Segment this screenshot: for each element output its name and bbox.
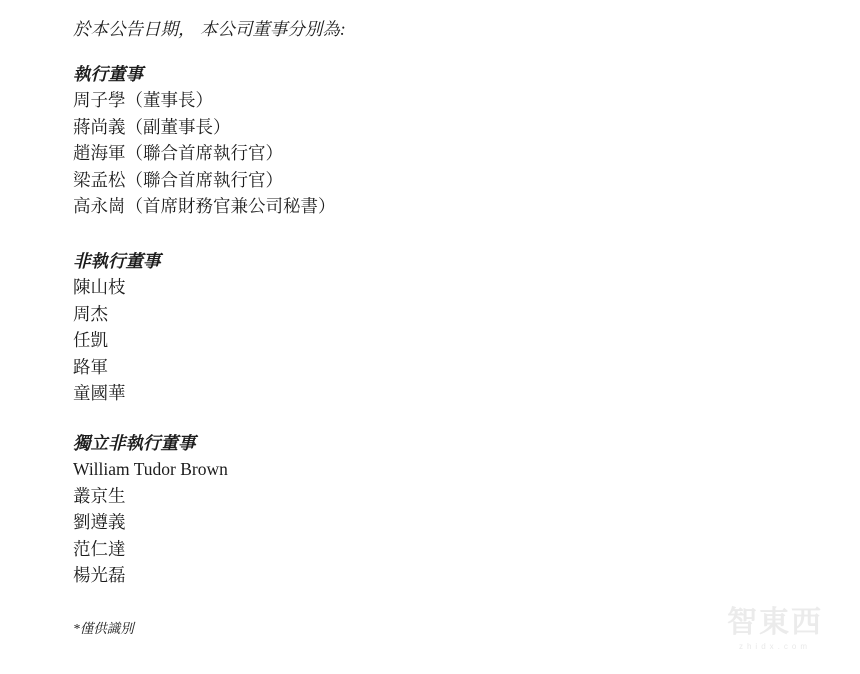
announcement-page: 於本公告日期， 本公司董事分別為: 執行董事 周子學（董事長） 蔣尚義（副董事長…	[0, 0, 860, 674]
section-heading-non-executive-directors: 非執行董事	[73, 248, 820, 275]
director-name: 路軍	[73, 354, 820, 381]
zhidx-logo-text: 智東西	[716, 606, 834, 640]
director-name: 楊光磊	[73, 562, 820, 589]
director-name: 叢京生	[73, 483, 820, 510]
section-executive-directors: 執行董事 周子學（董事長） 蔣尚義（副董事長） 趙海軍（聯合首席執行官） 梁孟松…	[73, 61, 820, 220]
intro-line: 於本公告日期， 本公司董事分別為:	[73, 16, 820, 43]
section-non-executive-directors: 非執行董事 陳山枝 周杰 任凱 路軍 童國華	[73, 248, 820, 407]
section-independent-non-executive-directors: 獨立非執行董事 William Tudor Brown 叢京生 劉遵義 范仁達 …	[73, 430, 820, 589]
section-heading-executive-directors: 執行董事	[73, 61, 820, 88]
zhidx-watermark: 智東西 zhidx.com	[716, 606, 834, 651]
director-name: 趙海軍（聯合首席執行官）	[73, 140, 820, 167]
director-name: 童國華	[73, 380, 820, 407]
director-name: 周子學（董事長）	[73, 87, 820, 114]
director-name: 劉遵義	[73, 509, 820, 536]
director-name: 蔣尚義（副董事長）	[73, 114, 820, 141]
director-name: 范仁達	[73, 536, 820, 563]
director-name: William Tudor Brown	[73, 456, 820, 483]
director-name: 陳山枝	[73, 274, 820, 301]
section-heading-independent-non-executive-directors: 獨立非執行董事	[73, 430, 820, 457]
zhidx-domain-text: zhidx.com	[716, 642, 834, 651]
director-name: 高永崗（首席財務官兼公司秘書）	[73, 193, 820, 220]
director-name: 梁孟松（聯合首席執行官）	[73, 167, 820, 194]
director-name: 周杰	[73, 301, 820, 328]
identification-footnote: *僅供識別	[73, 619, 820, 639]
director-name: 任凱	[73, 327, 820, 354]
